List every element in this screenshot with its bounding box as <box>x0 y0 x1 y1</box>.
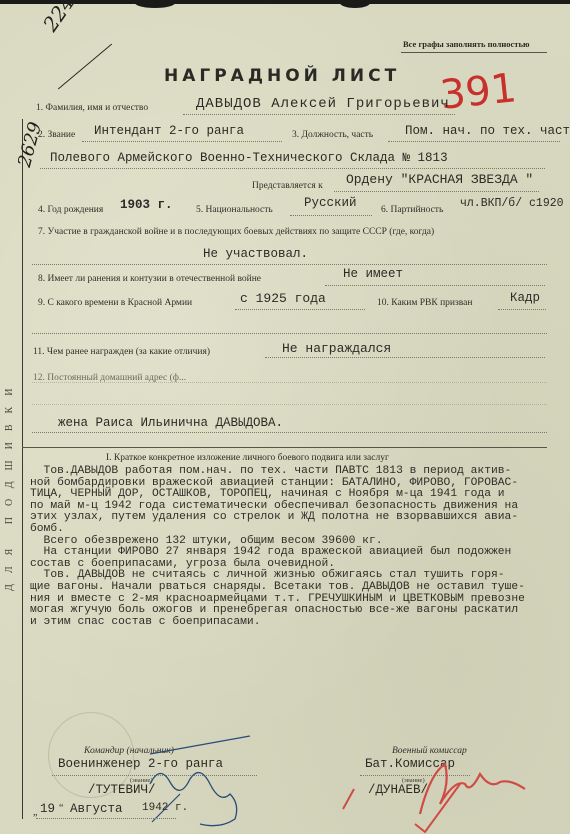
field-2-label: 2. Звание <box>38 130 75 140</box>
date-year: 1942 г. <box>142 802 188 814</box>
blank-line <box>32 333 547 334</box>
field-3-label: 3. Должность, часть <box>292 130 373 140</box>
award-sheet-page: ДЛЯ ПОДШИВКИ 224-44/12 2629 Все графы за… <box>0 4 570 834</box>
commissar-signature <box>340 744 540 834</box>
merit-narrative: Тов.ДАВЫДОВ работая пом.нач. по тех. час… <box>30 466 550 628</box>
field-6-label: 6. Партийность <box>381 205 443 215</box>
nominated-for-value: Ордену "КРАСНАЯ ЗВЕЗДА " <box>346 172 533 187</box>
field-3-value: Пом. нач. по тех. части <box>405 124 570 138</box>
field-8-line <box>325 285 545 286</box>
field-9-line <box>235 309 365 310</box>
instruction-note: Все графы заполнять полностью <box>403 39 529 49</box>
field-7-label: 7. Участие в гражданской войне и в после… <box>38 227 434 237</box>
field-3-line <box>388 141 560 142</box>
field-3-cont-line <box>40 168 545 169</box>
instruction-underline <box>401 52 547 53</box>
field-2-value: Интендант 2-го ранга <box>94 124 244 138</box>
commander-signature <box>140 734 260 834</box>
field-1-value: ДАВЫДОВ Алексей Григорьевич <box>196 96 450 112</box>
field-10-value: Кадр <box>510 291 540 305</box>
field-7-line <box>32 264 547 265</box>
field-8-label: 8. Имеет ли ранения и контузии в отечест… <box>38 274 261 284</box>
field-1-line <box>183 114 455 115</box>
binding-margin-line <box>22 119 23 819</box>
date-line <box>36 818 176 819</box>
field-1-label: 1. Фамилия, имя и отчество <box>36 103 148 113</box>
binding-margin-label: ДЛЯ ПОДШИВКИ <box>4 324 18 644</box>
scan-edge-artifact <box>135 0 175 8</box>
field-7-value: Не участвовал. <box>203 247 308 261</box>
section-heading: I. Краткое конкретное изложение личного … <box>106 453 389 463</box>
scan-edge-artifact <box>340 0 370 8</box>
field-9-label: 9. С какого времени в Красной Армии <box>38 298 192 308</box>
field-6-value: чл.ВКП/б/ с1920 <box>460 197 564 210</box>
handwritten-margin-number: 2629 <box>14 120 46 170</box>
field-4-value: 1903 г. <box>120 198 173 212</box>
handwritten-stroke <box>58 44 112 90</box>
document-title: НАГРАДНОЙ ЛИСТ <box>164 66 400 86</box>
field-11-line <box>265 357 545 358</box>
section-divider <box>22 447 547 448</box>
field-12-value: жена Раиса Ильинична ДАВЫДОВА. <box>58 416 283 430</box>
date-day: 19 <box>40 802 55 816</box>
field-10-label: 10. Каким РВК призван <box>377 298 472 308</box>
handwritten-reference-number: 224-44/12 <box>38 0 116 36</box>
field-8-value: Не имеет <box>343 267 403 281</box>
field-5-label: 5. Национальность <box>196 205 273 215</box>
field-4-label: 4. Год рождения <box>38 205 103 215</box>
field-9-value: с 1925 года <box>240 291 326 306</box>
date-month: Августа <box>70 802 123 816</box>
field-12-line-3 <box>32 432 547 433</box>
field-11-label: 11. Чем ранее награжден (за какие отличи… <box>33 347 210 357</box>
field-12-line-2 <box>32 404 547 405</box>
field-2-line <box>82 141 282 142</box>
nominated-for-label: Представляется к <box>252 181 323 191</box>
field-11-value: Не награждался <box>282 341 391 356</box>
field-3-value-continued: Полевого Армейского Военно-Технического … <box>50 151 448 165</box>
field-5-value: Русский <box>304 196 357 210</box>
field-12-line <box>32 382 547 383</box>
nominated-line <box>334 191 539 192</box>
field-5-line <box>290 215 372 216</box>
field-10-line <box>498 309 546 310</box>
